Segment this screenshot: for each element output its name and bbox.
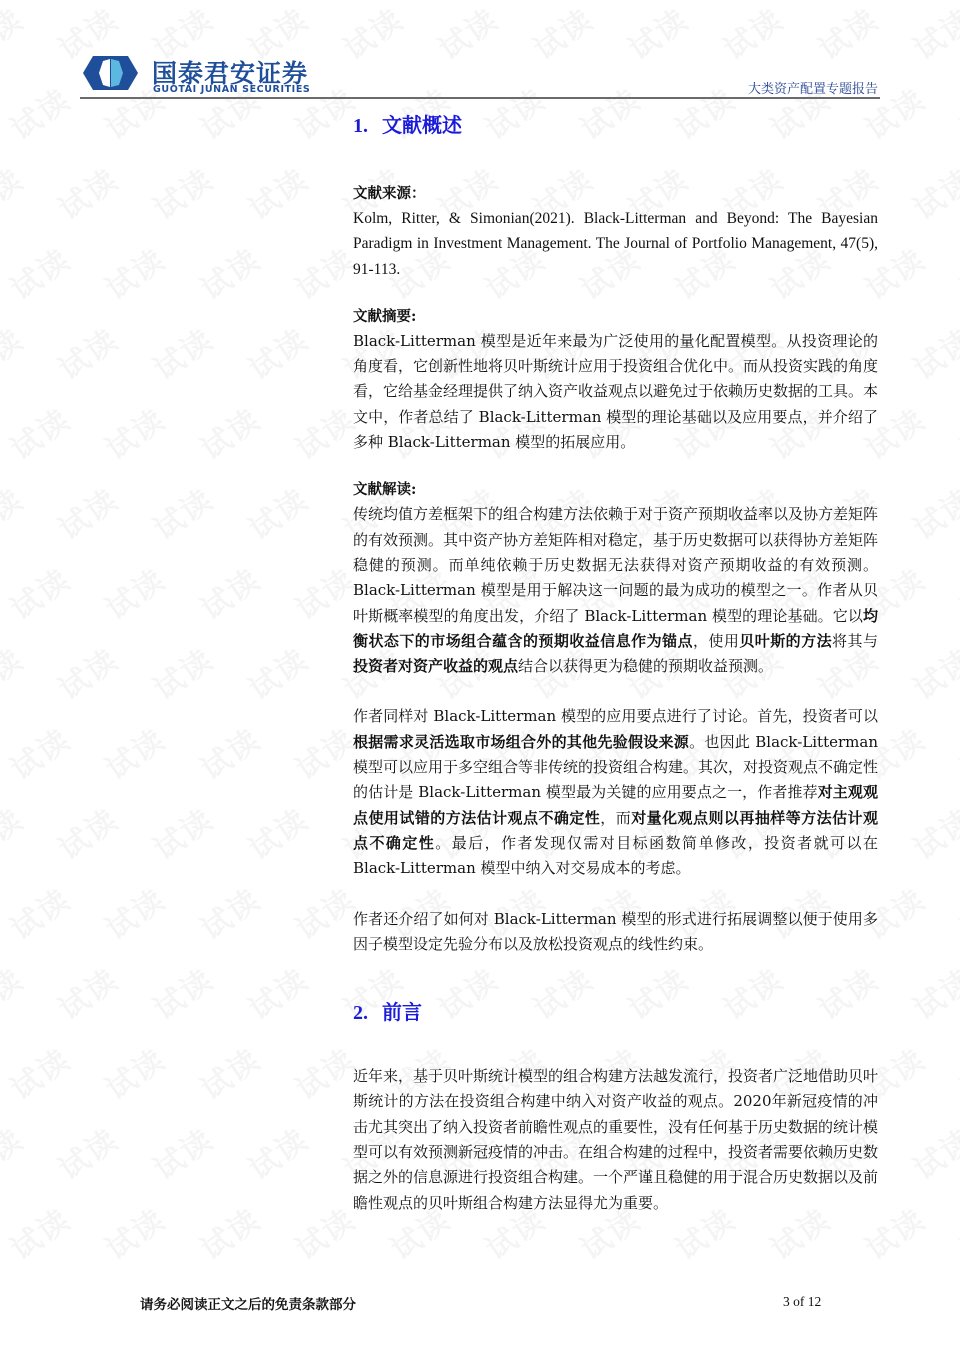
section-number: 2. [353, 1002, 368, 1024]
main-content: 1.文献概述 文献来源： Kolm, Ritter, & Simonian(20… [353, 108, 878, 1216]
section-number: 1. [353, 115, 368, 137]
section-2-heading: 2.前言 [353, 997, 878, 1028]
interpretation-label: 文献解读: [353, 477, 878, 502]
section-title: 前言 [382, 1000, 422, 1024]
interpretation-paragraph-3: 作者还介绍了如何对 Black-Litterman 模型的形式进行拓展调整以便于… [353, 907, 878, 958]
report-type-label: 大类资产配置专题报告 [748, 78, 878, 97]
text-run: ，使用 [693, 632, 739, 650]
section-title: 文献概述 [382, 113, 462, 137]
abstract-label: 文献摘要: [353, 304, 878, 329]
disclaimer-note: 请务必阅读正文之后的免责条款部分 [140, 1293, 356, 1313]
page-number: 3 of 12 [783, 1294, 821, 1310]
text-run: 传统均值方差框架下的组合构建方法依赖于对于资产预期收益率以及协方差矩阵的有效预测… [353, 505, 878, 624]
emphasis-text: 贝叶斯的方法 [739, 632, 832, 650]
text-run: 结合以获得更为稳健的预期收益预测。 [518, 657, 773, 675]
guotai-junan-logo-icon [83, 56, 138, 90]
abstract-text: Black-Litterman 模型是近年来最为广泛使用的量化配置模型。从投资理… [353, 329, 878, 455]
emphasis-text: 根据需求灵活选取市场组合外的其他先验假设来源 [353, 733, 689, 751]
source-label: 文献来源： [353, 181, 878, 206]
header-divider [80, 97, 880, 99]
text-run: ，而 [600, 809, 631, 827]
company-name-en: GUOTAI JUNAN SECURITIES [153, 84, 310, 95]
emphasis-text: 投资者对资产收益的观点 [353, 657, 518, 675]
source-citation: Kolm, Ritter, & Simonian(2021). Black-Li… [353, 206, 878, 282]
interpretation-paragraph-2: 作者同样对 Black-Litterman 模型的应用要点进行了讨论。首先，投资… [353, 704, 878, 881]
text-run: 作者同样对 Black-Litterman 模型的应用要点进行了讨论。首先，投资… [353, 707, 878, 725]
text-run: 将其与 [832, 632, 878, 650]
document-page: 国泰君安证券 GUOTAI JUNAN SECURITIES 大类资产配置专题报… [0, 0, 960, 1357]
preface-paragraph: 近年来，基于贝叶斯统计模型的组合构建方法越发流行，投资者广泛地借助贝叶斯统计的方… [353, 1064, 878, 1216]
section-1-heading: 1.文献概述 [353, 110, 878, 141]
interpretation-paragraph-1: 传统均值方差框架下的组合构建方法依赖于对于资产预期收益率以及协方差矩阵的有效预测… [353, 502, 878, 679]
